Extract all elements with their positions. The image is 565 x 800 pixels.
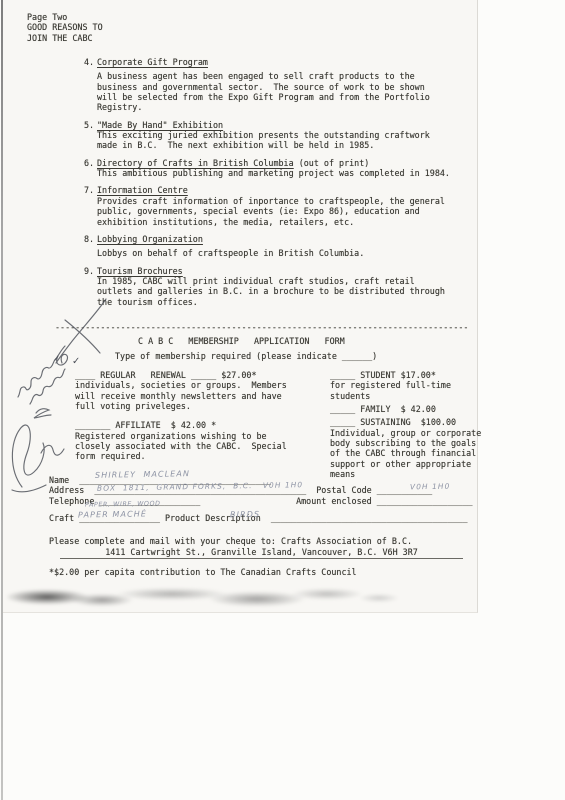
handwritten-regular-checkmark: ✓ bbox=[72, 356, 81, 367]
membership-left-line: individuals, societies or groups. Member… bbox=[75, 380, 287, 390]
reason-title-underlined: Directory of Crafts in British Columbia bbox=[97, 158, 294, 168]
membership-right-line: Individual, group or corporate bbox=[330, 428, 481, 438]
handwritten-materials-note: PAPER, WIRE, WOOD bbox=[85, 500, 161, 508]
reason-title: Directory of Crafts in British Columbia … bbox=[97, 158, 450, 168]
scanned-document: Page TwoGOOD REASONS TOJOIN THE CABC 4.C… bbox=[0, 0, 565, 800]
reason-body-line: Lobbys on behalf of craftspeople in Brit… bbox=[97, 248, 364, 258]
reason-number: 6. bbox=[84, 158, 97, 179]
mail-address-line: 1411 Cartwright St., Granville Island, V… bbox=[60, 547, 463, 559]
reason-body-line: This ambitious publishing and marketing … bbox=[97, 168, 450, 178]
reason-body-line: will be selected from the Expo Gift Prog… bbox=[97, 92, 430, 102]
reason-title-underlined: Tourism Brochures bbox=[97, 266, 183, 276]
reason-title: "Made By Hand" Exhibition bbox=[97, 120, 430, 130]
reason-content: Corporate Gift ProgramA business agent h… bbox=[97, 57, 430, 113]
membership-options: ____ REGULAR RENEWAL _____ $27.00*indivi… bbox=[3, 370, 477, 475]
membership-left-line: full voting priveleges. bbox=[75, 401, 287, 411]
reason-body-line: This exciting juried exhibition presents… bbox=[97, 130, 430, 140]
membership-right-line: _____ FAMILY $ 42.00 bbox=[330, 404, 481, 414]
membership-right-line: means bbox=[330, 469, 481, 479]
reason-item: 7.Information CentreProvides craft infor… bbox=[84, 185, 477, 226]
reason-title-underlined: Corporate Gift Program bbox=[97, 57, 208, 67]
reason-body-line: made in B.C. The next exhibition will be… bbox=[97, 140, 430, 150]
reason-content: Lobbying OrganizationLobbys on behalf of… bbox=[97, 234, 364, 259]
membership-left-line: will receive monthly newsletters and hav… bbox=[75, 391, 287, 401]
membership-right-line: for registered full-time bbox=[330, 380, 481, 390]
per-capita-footnote: *$2.00 per capita contribution to The Ca… bbox=[49, 567, 477, 577]
reason-content: "Made By Hand" ExhibitionThis exciting j… bbox=[97, 120, 430, 151]
document-page: Page TwoGOOD REASONS TOJOIN THE CABC 4.C… bbox=[3, 0, 478, 613]
reasons-list: 4.Corporate Gift ProgramA business agent… bbox=[84, 57, 477, 307]
membership-right-line: students bbox=[330, 391, 481, 401]
membership-options-left-column: ____ REGULAR RENEWAL _____ $27.00*indivi… bbox=[75, 370, 287, 462]
reason-content: Tourism BrochuresIn 1985, CABC will prin… bbox=[97, 266, 445, 307]
reason-body-line: Provides craft information of inportance… bbox=[97, 196, 445, 206]
handwritten-name-value: SHIRLEY MACLEAN bbox=[95, 469, 190, 480]
page-header: Page TwoGOOD REASONS TOJOIN THE CABC bbox=[27, 12, 477, 43]
membership-options-right-column: _____ STUDENT $17.00*for registered full… bbox=[330, 370, 481, 479]
reason-item: 6.Directory of Crafts in British Columbi… bbox=[84, 158, 477, 179]
reason-content: Directory of Crafts in British Columbia … bbox=[97, 158, 450, 179]
reason-title: Corporate Gift Program bbox=[97, 57, 430, 67]
reason-number: 8. bbox=[84, 234, 97, 259]
reason-body-line: business and governmental sector. The so… bbox=[97, 82, 430, 92]
reason-item: 5."Made By Hand" ExhibitionThis exciting… bbox=[84, 120, 477, 151]
reason-title-underlined: Lobbying Organization bbox=[97, 234, 203, 244]
header-line-2: GOOD REASONS TO bbox=[27, 22, 477, 32]
membership-right-line: body subscribing to the goals bbox=[330, 438, 481, 448]
reason-item: 9.Tourism BrochuresIn 1985, CABC will pr… bbox=[84, 266, 477, 307]
reason-content: Information CentreProvides craft informa… bbox=[97, 185, 445, 226]
scan-bottom-smudge bbox=[7, 584, 407, 610]
reason-number: 7. bbox=[84, 185, 97, 226]
membership-left-line: form required. bbox=[75, 451, 287, 461]
reason-title: Tourism Brochures bbox=[97, 266, 445, 276]
membership-right-line: _____ SUSTAINING $100.00 bbox=[330, 417, 481, 427]
header-line-1: Page Two bbox=[27, 12, 477, 22]
separator-dashed-line: ----------------------------------------… bbox=[55, 322, 477, 332]
reason-title-underlined: Information Centre bbox=[97, 185, 188, 195]
mail-instruction-line: Please complete and mail with your chequ… bbox=[49, 536, 477, 546]
reason-number: 4. bbox=[84, 57, 97, 113]
handwritten-product-value: BIRDS bbox=[230, 510, 260, 520]
handwritten-postal-code-value: V0H 1H0 bbox=[410, 482, 450, 492]
reason-body-line: outlets and galleries in B.C. in a broch… bbox=[97, 286, 445, 296]
membership-type-line: Type of membership required (please indi… bbox=[115, 351, 477, 361]
reason-body-line: Registry. bbox=[97, 102, 430, 112]
membership-left-line: closely associated with the CABC. Specia… bbox=[75, 441, 287, 451]
form-title: C A B C MEMBERSHIP APPLICATION FORM bbox=[138, 336, 477, 346]
reason-title-underlined: "Made By Hand" Exhibition bbox=[97, 120, 223, 130]
reason-item: 8.Lobbying OrganizationLobbys on behalf … bbox=[84, 234, 477, 259]
membership-left-line: _______ AFFILIATE $ 42.00 * bbox=[75, 420, 287, 430]
membership-right-line: _____ STUDENT $17.00* bbox=[330, 370, 481, 380]
mailing-instructions: Please complete and mail with your chequ… bbox=[49, 536, 477, 559]
reason-title: Lobbying Organization bbox=[97, 234, 364, 244]
membership-right-line: support or other appropriate bbox=[330, 459, 481, 469]
reason-number: 9. bbox=[84, 266, 97, 307]
header-line-3: JOIN THE CABC bbox=[27, 33, 477, 43]
membership-left-line: Registered organizations wishing to be bbox=[75, 431, 287, 441]
reason-title: Information Centre bbox=[97, 185, 445, 195]
membership-left-line: ____ REGULAR RENEWAL _____ $27.00* bbox=[75, 370, 287, 380]
reason-body-line: the tourism offices. bbox=[97, 297, 445, 307]
handwritten-craft-value: PAPER MACHÉ bbox=[78, 509, 147, 519]
reason-body-line: public, governments, special events (ie:… bbox=[97, 206, 445, 216]
reason-number: 5. bbox=[84, 120, 97, 151]
reason-body-line: A business agent has been engaged to sel… bbox=[97, 71, 430, 81]
reason-item: 4.Corporate Gift ProgramA business agent… bbox=[84, 57, 477, 113]
membership-right-line: of the CABC through financial bbox=[330, 448, 481, 458]
reason-body-line: In 1985, CABC will print individual craf… bbox=[97, 276, 445, 286]
reason-body-line: exhibition institutions, the media, reta… bbox=[97, 217, 445, 227]
